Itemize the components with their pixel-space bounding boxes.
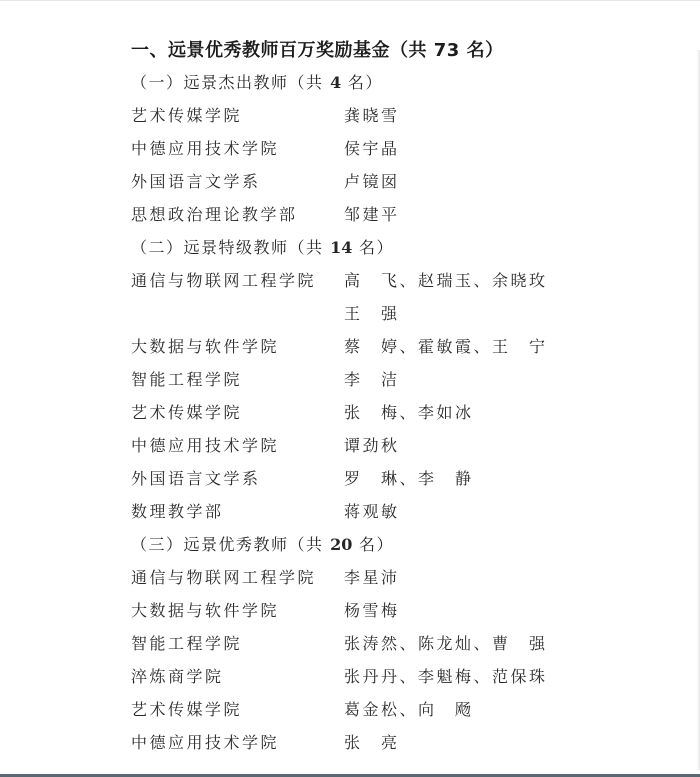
department: 大数据与软件学院 (131, 594, 344, 627)
department: 中德应用技术学院 (131, 132, 344, 165)
recipient-names: 李星沛 (344, 561, 571, 594)
department: 外国语言文学系 (131, 165, 344, 198)
award-row: 艺术传媒学院葛金松、向 飏 (131, 693, 571, 726)
award-row: 中德应用技术学院谭劲秋 (131, 429, 571, 462)
main-title-count: 73 (434, 40, 460, 61)
department: 数理教学部 (131, 495, 344, 528)
award-row: 思想政治理论教学部邹建平 (131, 198, 571, 231)
award-row: 中德应用技术学院张 亮 (131, 726, 571, 759)
recipient-names: 张丹丹、李魁梅、范保珠 (344, 660, 571, 693)
section-title-outstanding: （一）远景杰出教师（共 4 名） (131, 66, 571, 99)
department: 艺术传媒学院 (131, 396, 344, 429)
department: 外国语言文学系 (131, 462, 344, 495)
award-row: 艺术传媒学院龚晓雪 (131, 99, 571, 132)
section-title-suffix: 名） (359, 238, 394, 257)
main-title-suffix: 名） (467, 40, 504, 61)
department: 通信与物联网工程学院 (131, 264, 344, 297)
main-title: 一、远景优秀教师百万奖励基金（共 73 名） (131, 36, 571, 66)
recipient-names: 邹建平 (344, 198, 571, 231)
department: 艺术传媒学院 (131, 99, 344, 132)
award-row: 艺术传媒学院张 梅、李如冰 (131, 396, 571, 429)
award-row: 大数据与软件学院蔡 婷、霍敏霞、王 宁 (131, 330, 571, 363)
recipient-names: 葛金松、向 飏 (344, 693, 571, 726)
award-row: 数理教学部蒋观敏 (131, 495, 571, 528)
award-row-continuation: 王 强 (131, 297, 571, 330)
department: 中德应用技术学院 (131, 726, 344, 759)
page-top-edge (0, 0, 700, 1)
department: 大数据与软件学院 (131, 330, 344, 363)
award-row: 中德应用技术学院侯宇晶 (131, 132, 571, 165)
award-row: 智能工程学院李 洁 (131, 363, 571, 396)
section-count: 14 (330, 238, 352, 257)
recipient-names: 高 飞、赵瑞玉、余晓玫 (344, 264, 571, 297)
section-title-special-grade: （二）远景特级教师（共 14 名） (131, 231, 571, 264)
section-title-prefix: （二）远景特级教师（共 (131, 238, 324, 257)
department: 思想政治理论教学部 (131, 198, 344, 231)
recipient-names: 谭劲秋 (344, 429, 571, 462)
section-count: 20 (330, 535, 352, 554)
section-title-prefix: （一）远景杰出教师（共 (131, 73, 324, 92)
section-title-excellent: （三）远景优秀教师（共 20 名） (131, 528, 571, 561)
department: 通信与物联网工程学院 (131, 561, 344, 594)
recipient-names: 李 洁 (344, 363, 571, 396)
section-count: 4 (330, 73, 341, 92)
main-title-prefix: 一、远景优秀教师百万奖励基金（共 (131, 40, 427, 61)
recipient-names: 张 亮 (344, 726, 571, 759)
recipient-names: 罗 琳、李 静 (344, 462, 571, 495)
section-title-suffix: 名） (348, 73, 383, 92)
recipient-names: 卢镜囡 (344, 165, 571, 198)
section-title-prefix: （三）远景优秀教师（共 (131, 535, 324, 554)
document-page: 一、远景优秀教师百万奖励基金（共 73 名） （一）远景杰出教师（共 4 名） … (131, 36, 571, 759)
award-row: 智能工程学院张涛然、陈龙灿、曹 强 (131, 627, 571, 660)
department: 智能工程学院 (131, 627, 344, 660)
department: 中德应用技术学院 (131, 429, 344, 462)
recipient-names: 侯宇晶 (344, 132, 571, 165)
recipient-names: 杨雪梅 (344, 594, 571, 627)
award-row: 大数据与软件学院杨雪梅 (131, 594, 571, 627)
recipient-names: 张 梅、李如冰 (344, 396, 571, 429)
recipient-names: 龚晓雪 (344, 99, 571, 132)
recipient-names: 蔡 婷、霍敏霞、王 宁 (344, 330, 571, 363)
recipient-names: 张涛然、陈龙灿、曹 强 (344, 627, 571, 660)
award-row: 通信与物联网工程学院李星沛 (131, 561, 571, 594)
recipient-names: 王 强 (344, 297, 571, 330)
department: 艺术传媒学院 (131, 693, 344, 726)
award-row: 通信与物联网工程学院高 飞、赵瑞玉、余晓玫 (131, 264, 571, 297)
award-row: 外国语言文学系罗 琳、李 静 (131, 462, 571, 495)
department: 智能工程学院 (131, 363, 344, 396)
award-row: 外国语言文学系卢镜囡 (131, 165, 571, 198)
department: 淬炼商学院 (131, 660, 344, 693)
section-title-suffix: 名） (359, 535, 394, 554)
department (131, 297, 344, 330)
award-row: 淬炼商学院张丹丹、李魁梅、范保珠 (131, 660, 571, 693)
recipient-names: 蒋观敏 (344, 495, 571, 528)
